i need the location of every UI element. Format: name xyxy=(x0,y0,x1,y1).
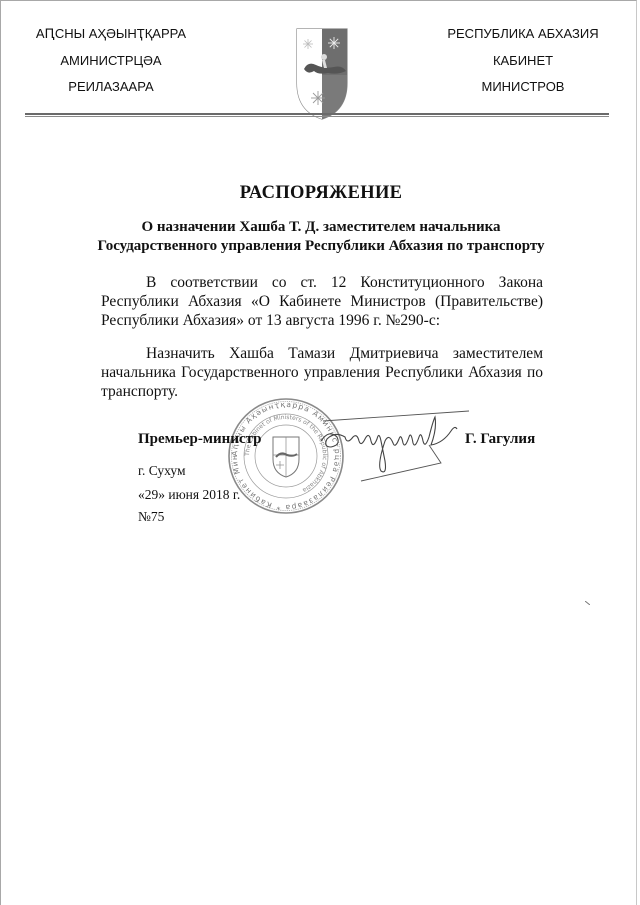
header-left-line-2: АМИНИСТРЦӘА xyxy=(21,53,201,80)
document-title: РАСПОРЯЖЕНИЕ xyxy=(1,183,640,204)
header-left-line-1: АԤСНЫ АҲӘЫНҬҚАРРА xyxy=(21,26,201,53)
preamble-text: В соответствии со ст. 12 Конституционног… xyxy=(101,274,543,329)
preamble-paragraph: В соответствии со ст. 12 Конституционног… xyxy=(101,273,543,330)
document-number: №75 xyxy=(138,509,164,525)
header-right-line-1: РЕСПУБЛИКА АБХАЗИЯ xyxy=(433,26,613,53)
subject-line-1: О назначении Хашба Т. Д. заместителем на… xyxy=(91,218,551,237)
header-left-abkhaz: АԤСНЫ АҲӘЫНҬҚАРРА АМИНИСТРЦӘА РЕИЛАЗААРА xyxy=(21,26,201,106)
issue-date: «29» июня 2018 г. xyxy=(138,487,240,503)
header-right-russian: РЕСПУБЛИКА АБХАЗИЯ КАБИНЕТ МИНИСТРОВ xyxy=(433,26,613,106)
subject-line-2: Государственного управления Республики А… xyxy=(91,237,551,256)
signatory-name: Г. Гагулия xyxy=(465,431,535,448)
abkhazia-coat-of-arms-icon xyxy=(294,25,350,121)
header-right-line-2: КАБИНЕТ xyxy=(433,53,613,80)
header-divider-thin xyxy=(25,116,609,117)
signatory-position: Премьер-министр xyxy=(138,431,262,448)
document-subject: О назначении Хашба Т. Д. заместителем на… xyxy=(91,218,551,256)
header-divider-thick xyxy=(25,113,609,115)
scan-artifact-mark xyxy=(585,601,590,605)
handwritten-signature-icon xyxy=(301,401,481,483)
document-page: АԤСНЫ АҲӘЫНҬҚАРРА АМИНИСТРЦӘА РЕИЛАЗААРА… xyxy=(0,0,637,905)
header-left-line-3: РЕИЛАЗААРА xyxy=(21,79,201,106)
order-paragraph: Назначить Хашба Тамази Дмитриевича замес… xyxy=(101,344,543,401)
issue-city: г. Сухум xyxy=(138,463,186,479)
order-text: Назначить Хашба Тамази Дмитриевича замес… xyxy=(101,345,543,400)
header-right-line-3: МИНИСТРОВ xyxy=(433,79,613,106)
